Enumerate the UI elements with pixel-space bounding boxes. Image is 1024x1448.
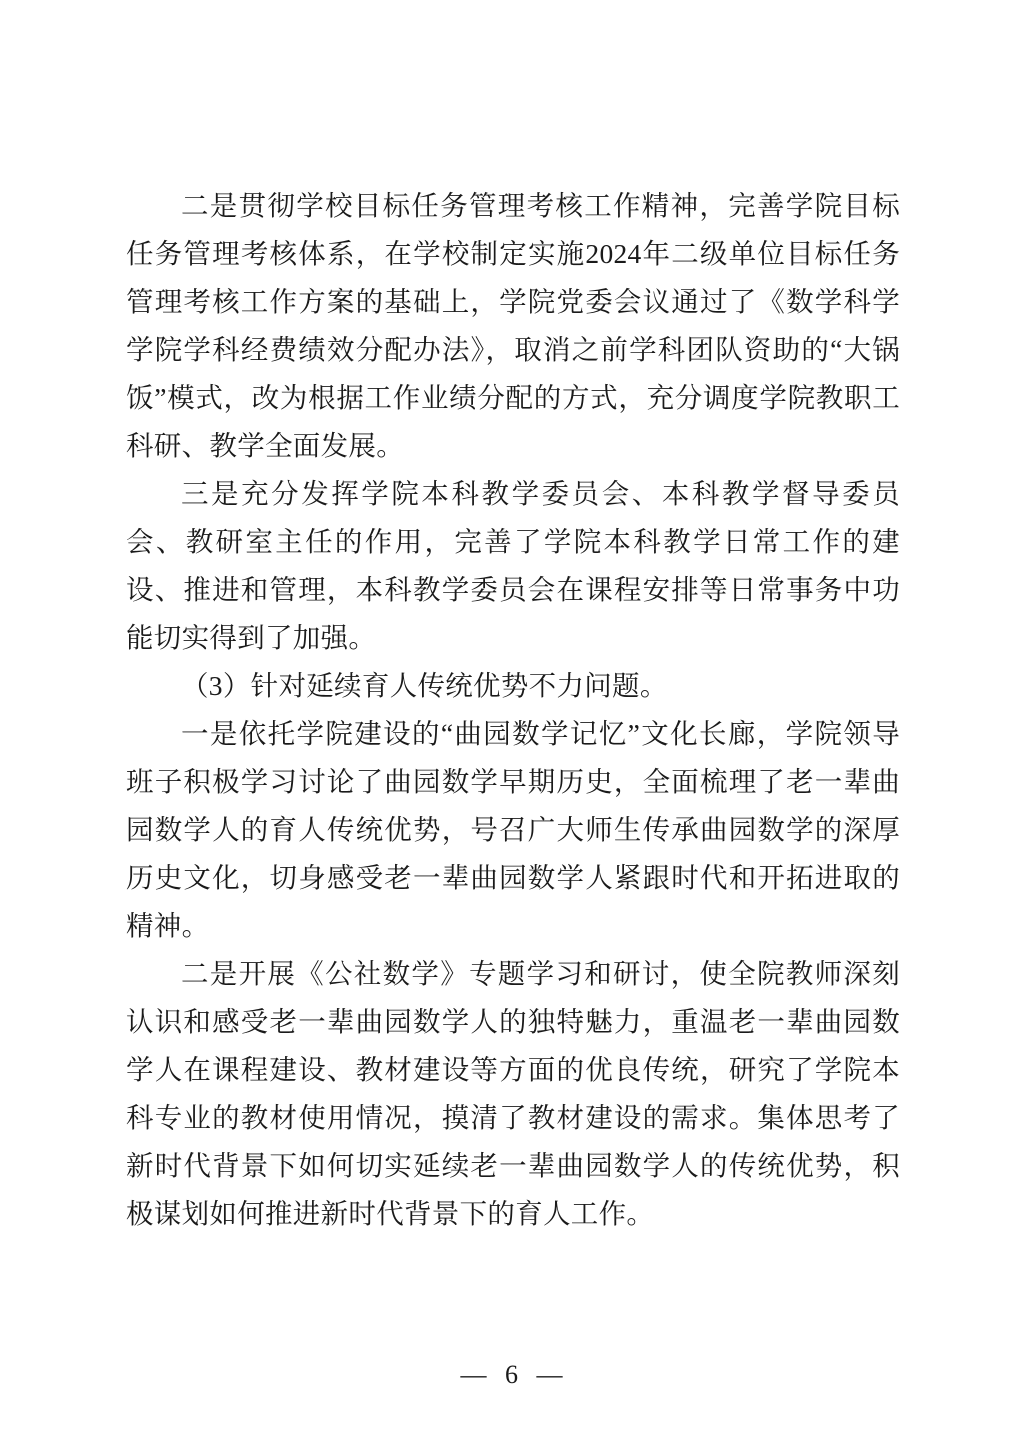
paragraph-teaching-committee: 三是充分发挥学院本科教学委员会、本科教学督导委员会、教研室主任的作用，完善了学院… (126, 470, 900, 662)
paragraph-culture-corridor: 一是依托学院建设的“曲园数学记忆”文化长廊，学院领导班子积极学习讨论了曲园数学早… (126, 710, 900, 950)
paragraph-target-task-assessment: 二是贯彻学校目标任务管理考核工作精神，完善学院目标任务管理考核体系，在学校制定实… (126, 182, 900, 470)
paragraph-heading-issue-3: （3）针对延续育人传统优势不力问题。 (126, 662, 900, 710)
page-number: — 6 — (0, 1360, 1024, 1390)
document-page: 二是贯彻学校目标任务管理考核工作精神，完善学院目标任务管理考核体系，在学校制定实… (0, 0, 1024, 1448)
paragraph-commune-math-study: 二是开展《公社数学》专题学习和研讨，使全院教师深刻认识和感受老一辈曲园数学人的独… (126, 950, 900, 1238)
document-body: 二是贯彻学校目标任务管理考核工作精神，完善学院目标任务管理考核体系，在学校制定实… (126, 182, 900, 1238)
